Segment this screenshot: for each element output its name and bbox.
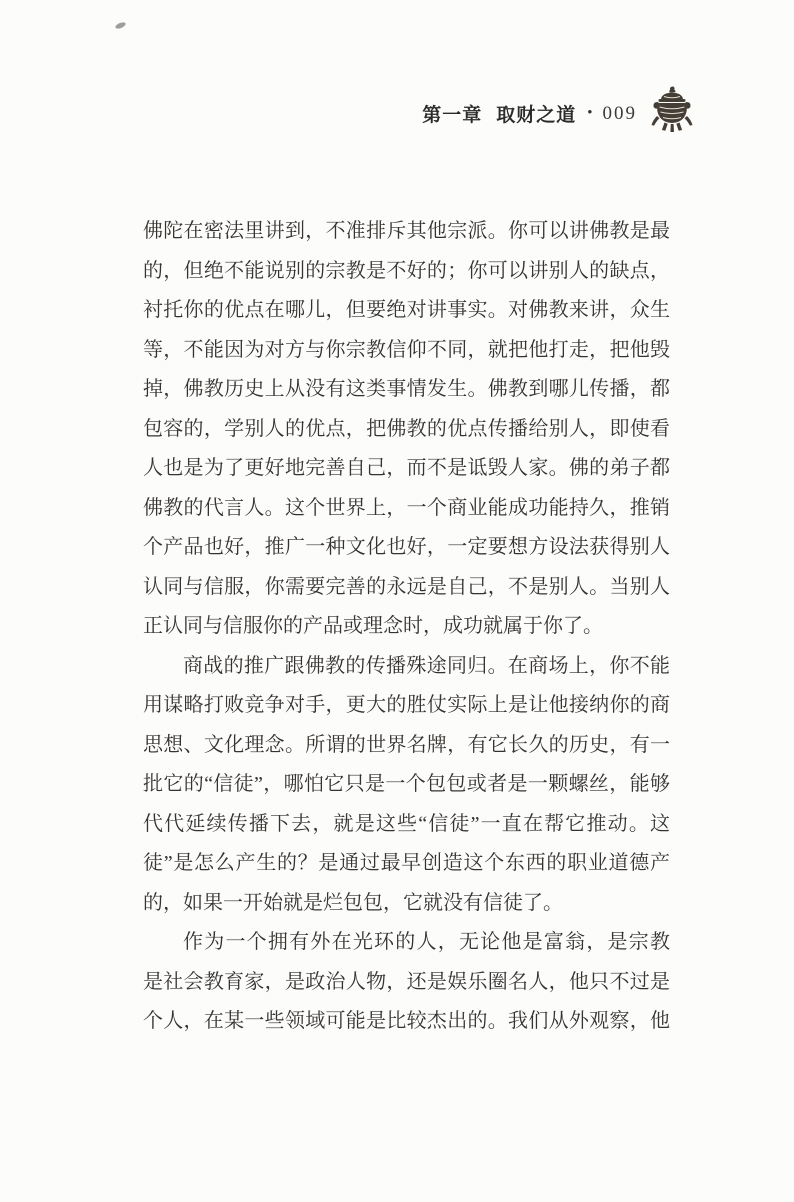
page-header: 第一章 取财之道 • 009 [422, 86, 694, 134]
paragraph: 佛陀在密法里讲到，不准排斥其他宗派。你可以讲佛教是最好的，但绝不能说别的宗教是不… [143, 212, 670, 647]
text-line: 掉，佛教历史上从没有这类事情发生。佛教到哪儿传播，都是 [143, 370, 670, 410]
text-line: 佛教的代言人。这个世界上，一个商业能成功能持久，推销一 [143, 489, 670, 529]
text-line: 思想、文化理念。所谓的世界名牌，有它长久的历史，有一大 [143, 726, 670, 766]
text-line: 等，不能因为对方与你宗教信仰不同，就把他打走，把他毁灭 [143, 331, 670, 371]
body-text: 佛陀在密法里讲到，不准排斥其他宗派。你可以讲佛教是最好的，但绝不能说别的宗教是不… [143, 212, 670, 1042]
text-line: 人也是为了更好地完善自己，而不是诋毁人家。佛的弟子都是 [143, 449, 670, 489]
text-line: 包容的，学别人的优点，把佛教的优点传播给别人，即使看别 [143, 410, 670, 450]
text-line: 正认同与信服你的产品或理念时，成功就属于你了。 [143, 607, 670, 647]
chapter-title: 取财之道 [496, 100, 576, 127]
text-line: 代代延续传播下去，就是这些“信徒”一直在帮它推动。这些“信 [143, 805, 670, 845]
text-line: 作为一个拥有外在光环的人，无论他是富翁，是宗教家， [143, 923, 670, 963]
paragraph: 商战的推广跟佛教的传播殊途同归。在商场上，你不能只用谋略打败竞争对手，更大的胜仗… [143, 647, 670, 924]
text-line: 认同与信服，你需要完善的永远是自己，不是别人。当别人真 [143, 568, 670, 608]
text-line: 徒”是怎么产生的？是通过最早创造这个东西的职业道德产生 [143, 844, 670, 884]
text-line: 用谋略打败竞争对手，更大的胜仗实际上是让他接纳你的商业 [143, 686, 670, 726]
text-line: 佛陀在密法里讲到，不准排斥其他宗派。你可以讲佛教是最好 [143, 212, 670, 252]
book-page: 第一章 取财之道 • 009 [0, 0, 794, 1202]
text-line: 衬托你的优点在哪儿，但要绝对讲事实。对佛教来讲，众生平 [143, 291, 670, 331]
text-line: 的，但绝不能说别的宗教是不好的；你可以讲别人的缺点，来 [143, 252, 670, 292]
scan-speck [114, 21, 126, 30]
text-line: 的，如果一开始就是烂包包，它就没有信徒了。 [143, 884, 670, 924]
text-line: 批它的“信徒”，哪怕它只是一个包包或者是一颗螺丝，能够 [143, 765, 670, 805]
text-line: 个产品也好，推广一种文化也好，一定要想方设法获得别人的 [143, 528, 670, 568]
running-head: 第一章 取财之道 • 009 [422, 86, 637, 127]
page-number: 009 [603, 103, 638, 125]
paragraph: 作为一个拥有外在光环的人，无论他是富翁，是宗教家，是社会教育家，是政治人物，还是… [143, 923, 670, 1042]
chapter-label: 第一章 [422, 100, 482, 127]
censer-seal-icon [650, 86, 694, 134]
text-line: 商战的推广跟佛教的传播殊途同归。在商场上，你不能只 [143, 647, 670, 687]
text-line: 个人，在某一些领域可能是比较杰出的。我们从外观察，他也 [143, 1002, 670, 1042]
text-line: 是社会教育家，是政治人物，还是娱乐圈名人，他只不过是一 [143, 963, 670, 1003]
separator-dot-icon: • [587, 105, 593, 122]
